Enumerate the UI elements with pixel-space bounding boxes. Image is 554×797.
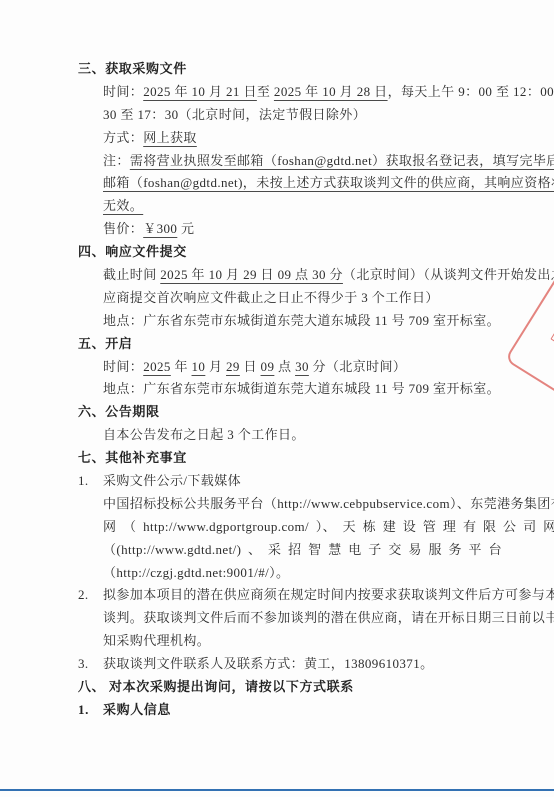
footer-divider: [0, 789, 554, 791]
doc-text-line: 地点：广东省东莞市东城街道东莞大道东城段 11 号 709 室开标室。: [103, 378, 488, 401]
text-run: 点: [274, 359, 295, 374]
text-run: 售价：: [103, 221, 143, 236]
underlined-text-run: 无效。: [103, 198, 143, 213]
underlined-text-run: 需将营业执照发至邮箱（foshan@gdtd.net）获取报名登记表，填写完毕后…: [130, 153, 554, 168]
text-run: 拟参加本项目的潜在供应商须在规定时间内按要求获取谈判文件后方可参与本项目的: [103, 587, 554, 602]
text-run: 自本公告发布之日起 3 个工作日。: [103, 427, 305, 442]
doc-text-line: 谈判。获取谈判文件后而不参加谈判的潜在供应商，请在开标日期三日前以书面形式通: [103, 607, 488, 630]
doc-text-line: （(http://www.gdtd.net/) 、 采 招 智 慧 电 子 交 …: [103, 539, 488, 562]
text-run: 五、开启: [78, 336, 132, 351]
doc-heading-line: 五、开启: [78, 333, 488, 356]
list-marker: 1.: [78, 699, 89, 722]
text-run: 采购文件公示/下载媒体: [103, 473, 241, 488]
text-run: 四、响应文件提交: [78, 244, 187, 259]
underlined-text-run: 29: [226, 359, 240, 374]
text-run: 谈判。获取谈判文件后而不参加谈判的潜在供应商，请在开标日期三日前以书面形式通: [103, 610, 554, 625]
text-run: 网 （ http://www.dgportgroup.com/ ）、 天 栋 建…: [103, 519, 554, 534]
doc-text-line: 方式：网上获取: [103, 127, 488, 150]
underlined-text-run: 2025: [143, 359, 171, 374]
doc-text-line: 注：需将营业执照发至邮箱（foshan@gdtd.net）获取报名登记表，填写完…: [103, 150, 488, 173]
text-run: 日: [240, 359, 261, 374]
text-run: 采购人信息: [103, 702, 171, 717]
text-run: 至: [257, 84, 274, 99]
document-body: 三、获取采购文件时间：2025 年 10 月 21 日至 2025 年 10 月…: [78, 58, 488, 722]
underlined-text-run: 邮箱（foshan@gdtd.net)，未按上述方式获取谈判文件的供应商，其响应…: [103, 175, 554, 190]
text-run: 中国招标投标公共服务平台（http://www.cebpubservice.co…: [103, 496, 554, 511]
doc-text-line: 邮箱（foshan@gdtd.net)，未按上述方式获取谈判文件的供应商，其响应…: [103, 172, 488, 195]
underlined-text-run: ￥300: [143, 221, 177, 236]
stamp-glyph-strokes: [550, 304, 554, 346]
text-run: 获取谈判文件联系人及联系方式：黄工，13809610371。: [103, 656, 434, 671]
doc-heading-line: 1.采购人信息: [103, 699, 488, 722]
doc-text-line: 截止时间 2025 年 10 月 29 日 09 点 30 分（北京时间）（从谈…: [103, 264, 488, 287]
text-run: 时间：: [103, 359, 143, 374]
underlined-text-run: 网上获取: [143, 130, 197, 145]
doc-text-line: 自本公告发布之日起 3 个工作日。: [103, 424, 488, 447]
doc-heading-line: 四、响应文件提交: [78, 241, 488, 264]
underlined-text-run: 2025 年 10 月 28 日: [274, 84, 388, 99]
text-run: （(http://www.gdtd.net/) 、 采 招 智 慧 电 子 交 …: [103, 542, 502, 557]
text-run: 月: [205, 359, 226, 374]
doc-heading-line: 八、 对本次采购提出询问，请按以下方式联系: [78, 676, 488, 699]
doc-text-line: 无效。: [103, 195, 488, 218]
text-run: 时间：: [103, 84, 143, 99]
text-run: 30 至 17：30（北京时间，法定节假日除外）: [103, 107, 366, 122]
text-run: 应商提交首次响应文件截止之日止不得少于 3 个工作日）: [103, 290, 439, 305]
underlined-text-run: 09: [261, 359, 275, 374]
text-run: ，每天上午 9：00 至 12：00，下午 14：: [388, 84, 554, 99]
doc-text-line: （http://czgj.gdtd.net:9001/#/）。: [103, 562, 488, 585]
text-run: 八、 对本次采购提出询问，请按以下方式联系: [78, 679, 354, 694]
list-marker: 2.: [78, 584, 89, 607]
doc-text-line: 3.获取谈判文件联系人及联系方式：黄工，13809610371。: [103, 653, 488, 676]
underlined-text-run: 2025 年 10 月 21 日: [143, 84, 257, 99]
doc-text-line: 时间：2025 年 10 月 21 日至 2025 年 10 月 28 日，每天…: [103, 81, 488, 104]
list-marker: 1.: [78, 470, 89, 493]
text-run: 七、其他补充事宜: [78, 450, 187, 465]
text-run: 注：: [103, 153, 130, 168]
doc-heading-line: 六、公告期限: [78, 401, 488, 424]
doc-text-line: 地点：广东省东莞市东城街道东莞大道东城段 11 号 709 室开标室。: [103, 310, 488, 333]
doc-text-line: 2.拟参加本项目的潜在供应商须在规定时间内按要求获取谈判文件后方可参与本项目的: [103, 584, 488, 607]
text-run: 地点：广东省东莞市东城街道东莞大道东城段 11 号 709 室开标室。: [103, 381, 500, 396]
text-run: 分（北京时间）: [309, 359, 406, 374]
doc-text-line: 网 （ http://www.dgportgroup.com/ ）、 天 栋 建…: [103, 516, 488, 539]
doc-text-line: 30 至 17：30（北京时间，法定节假日除外）: [103, 104, 488, 127]
doc-text-line: 1.采购文件公示/下载媒体: [103, 470, 488, 493]
underlined-text-run: 10: [192, 359, 206, 374]
doc-heading-line: 三、获取采购文件: [78, 58, 488, 81]
text-run: 六、公告期限: [78, 404, 160, 419]
doc-text-line: 售价：￥300 元: [103, 218, 488, 241]
text-run: 地点：广东省东莞市东城街道东莞大道东城段 11 号 709 室开标室。: [103, 313, 500, 328]
underlined-text-run: 2025 年 10 月 29 日 09 点 30 分: [160, 267, 343, 282]
doc-text-line: 中国招标投标公共服务平台（http://www.cebpubservice.co…: [103, 493, 488, 516]
text-run: 元: [177, 221, 194, 236]
text-run: 年: [171, 359, 192, 374]
doc-text-line: 应商提交首次响应文件截止之日止不得少于 3 个工作日）: [103, 287, 488, 310]
text-run: （http://czgj.gdtd.net:9001/#/）。: [103, 565, 289, 580]
text-run: 知采购代理机构。: [103, 633, 210, 648]
doc-text-line: 时间：2025 年 10 月 29 日 09 点 30 分（北京时间）: [103, 356, 488, 379]
underlined-text-run: 30: [295, 359, 309, 374]
document-page: 三、获取采购文件时间：2025 年 10 月 21 日至 2025 年 10 月…: [0, 0, 554, 797]
list-marker: 3.: [78, 653, 89, 676]
text-run: （北京时间）（从谈判文件开始发出之日起至供: [343, 267, 554, 282]
doc-heading-line: 七、其他补充事宜: [78, 447, 488, 470]
text-run: 截止时间: [103, 267, 160, 282]
text-run: 三、获取采购文件: [78, 61, 187, 76]
text-run: 方式：: [103, 130, 143, 145]
doc-text-line: 知采购代理机构。: [103, 630, 488, 653]
